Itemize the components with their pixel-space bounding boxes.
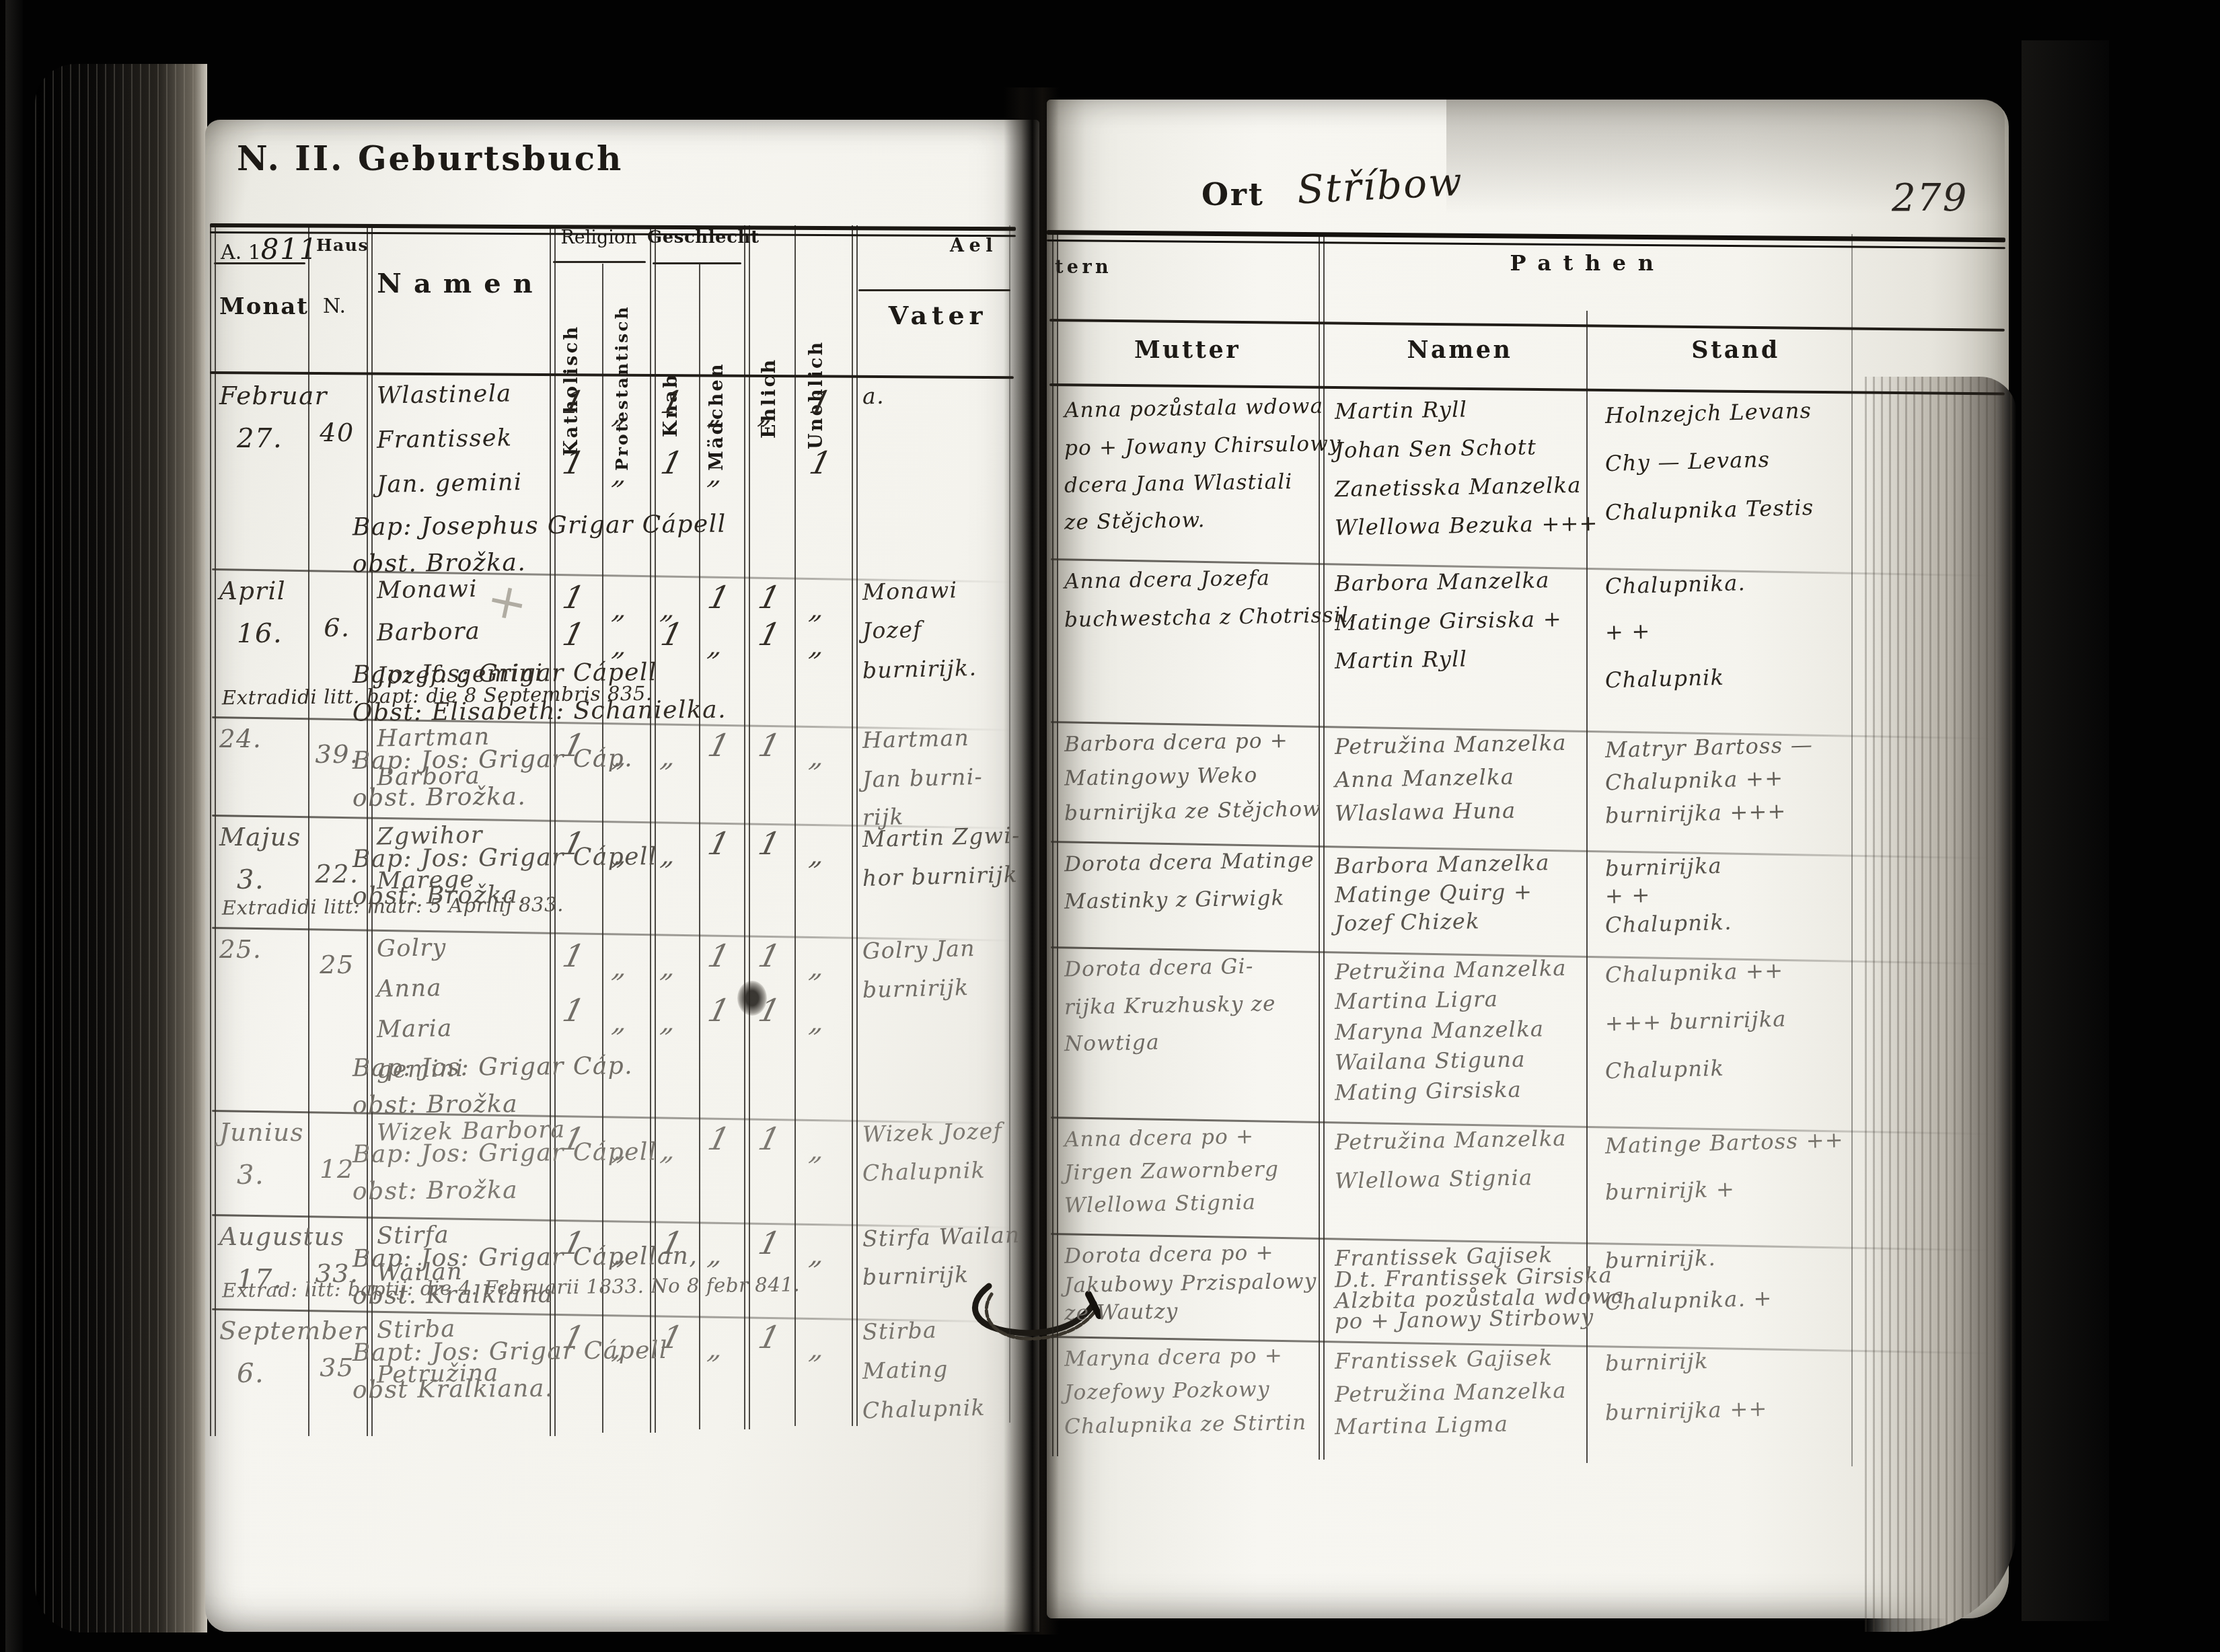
column-line bbox=[210, 225, 211, 1436]
godparent-name: po + Janowy Stirbowy bbox=[1335, 1304, 1594, 1335]
row-haus-number: 25 bbox=[311, 950, 363, 979]
father-entry: burnirijk bbox=[862, 1261, 969, 1290]
ort-place-name: Stříbow bbox=[1296, 159, 1464, 213]
row-child-name: Barbora bbox=[377, 618, 481, 647]
column-header-haus: Haus bbox=[316, 235, 369, 255]
mother-entry: Matingowy Weko bbox=[1064, 763, 1258, 790]
aeltern-heading-left-fragment: Ael bbox=[950, 235, 998, 256]
godparent-stand: burnirijka bbox=[1605, 853, 1723, 882]
mother-entry: Jakubowy Przispalowy bbox=[1064, 1269, 1317, 1298]
godparent-name: Petružina Manzelka bbox=[1335, 1125, 1567, 1155]
row-monat-day: 3. bbox=[237, 864, 264, 895]
godparent-name: Martin Ryll bbox=[1335, 646, 1468, 673]
column-header-haus-n: N. bbox=[311, 295, 358, 318]
godparent-name: Frantissek Gajisek bbox=[1335, 1345, 1553, 1374]
godparent-stand: Chalupnika Testis bbox=[1605, 494, 1814, 525]
row-monat-day: 27. bbox=[237, 423, 283, 454]
father-entry: Chalupnik bbox=[862, 1394, 986, 1424]
column-line bbox=[1052, 234, 1053, 1456]
godparent-name: Wlaslawa Huna bbox=[1335, 798, 1516, 827]
godparent-name: Maryna Manzelka bbox=[1335, 1016, 1545, 1045]
back-cover-edge bbox=[2022, 40, 2109, 1621]
margin-note: Extradidi litt: matr: 5 Aprilij 833. bbox=[222, 893, 564, 919]
row-monat-day: 6. bbox=[237, 1358, 264, 1389]
mother-entry: Dorota dcera Matinge bbox=[1064, 848, 1315, 876]
godparent-stand: burnirijka +++ bbox=[1605, 798, 1787, 828]
column-header-vater: Vater bbox=[865, 300, 1010, 330]
column-line bbox=[215, 225, 216, 1436]
column-header-religion: Religion bbox=[552, 227, 646, 248]
mother-entry: burnirijka ze Stějchow bbox=[1064, 797, 1322, 826]
row-child-name: Anna bbox=[377, 975, 443, 1003]
godparent-stand: burnirijka ++ bbox=[1605, 1396, 1769, 1425]
column-header-unehlich: Unehlich bbox=[806, 268, 827, 449]
column-line bbox=[749, 225, 750, 1429]
mother-entry: Jozefowy Pozkowy bbox=[1064, 1377, 1270, 1404]
mother-entry: Anna dcera Jozefa bbox=[1064, 566, 1271, 593]
mother-entry: Dorota dcera po + bbox=[1064, 1240, 1275, 1268]
baptism-note: Bap: Jos: Grigar Cápell bbox=[353, 1138, 657, 1168]
godparent-name: Zanetisska Manzelka bbox=[1335, 472, 1582, 502]
mother-entry: dcera Jana Wlastiali bbox=[1064, 470, 1293, 498]
baptism-note: Bap: Jos: Grigar Cápell bbox=[353, 843, 657, 873]
father-entry: hor burnirijk bbox=[862, 861, 1019, 891]
godparent-name: Mating Girsiska bbox=[1335, 1077, 1522, 1106]
row-monat: Junius bbox=[219, 1118, 304, 1147]
row-monat-day: 3. bbox=[237, 1160, 264, 1191]
godparent-stand: + + bbox=[1605, 618, 1652, 645]
column-line bbox=[1057, 234, 1058, 1456]
godparent-stand: burnirijk bbox=[1605, 1348, 1709, 1376]
mother-entry: Mastinky z Girwigk bbox=[1064, 886, 1285, 914]
mother-entry: Wlellowa Stignia bbox=[1064, 1191, 1257, 1218]
margin-note: Extradidi litt. bapt: die 8 Septembris 8… bbox=[222, 682, 653, 710]
table-rule bbox=[214, 262, 305, 264]
mother-entry: Dorota dcera Gi- bbox=[1064, 954, 1254, 982]
godparent-stand: burnirijk. bbox=[1605, 1245, 1717, 1273]
column-header-pathen-namen: Namen bbox=[1352, 336, 1567, 364]
row-haus-number: 40 bbox=[311, 418, 363, 447]
godparent-stand: Chy — Levans bbox=[1605, 447, 1771, 476]
column-header-pathen: Pathen bbox=[1332, 250, 1843, 276]
godparent-name: Petružina Manzelka bbox=[1335, 730, 1567, 759]
column-line bbox=[744, 225, 745, 1429]
mother-entry: Anna dcera po + bbox=[1064, 1125, 1255, 1152]
godparent-stand: burnirijk + bbox=[1605, 1176, 1736, 1205]
baptism-note: obst Kralkiana. bbox=[353, 1375, 554, 1404]
row-monat: Augustus bbox=[219, 1222, 345, 1251]
register-title: N. II. Geburtsbuch bbox=[237, 139, 623, 178]
row-monat: 25. bbox=[219, 935, 262, 964]
baptism-note: Bap: Jos: Grigar Cápellan, bbox=[353, 1242, 698, 1273]
baptism-note: obst: Brožka bbox=[353, 1090, 518, 1119]
father-entry: burnirijk bbox=[862, 974, 969, 1003]
godparent-stand: Chalupnika. + bbox=[1605, 1285, 1773, 1315]
row-child-name: Wlastinela bbox=[377, 380, 512, 409]
godparent-stand: Matryr Bartoss — bbox=[1605, 732, 1814, 763]
column-header-mutter: Mutter bbox=[1076, 336, 1298, 364]
baptism-note: obst. Brožka. bbox=[353, 783, 527, 812]
year-cell: A. 1811 bbox=[221, 233, 318, 266]
godparent-name: Jozef Chizek bbox=[1335, 908, 1480, 936]
ort-label: Ort bbox=[1201, 176, 1265, 213]
godparent-stand: + + bbox=[1605, 882, 1652, 909]
row-child-name: Monawi bbox=[377, 576, 478, 605]
row-monat: Majus bbox=[219, 823, 301, 852]
page-number: 279 bbox=[1892, 176, 1968, 220]
mother-entry: Nowtiga bbox=[1064, 1030, 1160, 1056]
godparent-name: Matinge Girsiska + bbox=[1335, 606, 1562, 636]
table-rule bbox=[553, 261, 646, 263]
left-page-edges bbox=[35, 64, 207, 1632]
table-rule bbox=[858, 289, 1010, 291]
godparent-name: Wlellowa Bezuka +++ bbox=[1335, 511, 1598, 541]
godparent-stand: Chalupnika ++ bbox=[1605, 958, 1784, 988]
column-header-namen: Namen bbox=[377, 268, 545, 299]
column-line bbox=[699, 264, 700, 1429]
column-header-protestantisch: Protestantisch bbox=[612, 269, 632, 471]
mother-entry: rijka Kruzhusky ze bbox=[1064, 991, 1276, 1019]
row-haus-number: 6. bbox=[311, 613, 363, 642]
godparent-name: Matinge Quirg + bbox=[1335, 878, 1533, 907]
godparent-name: Johan Sen Schott bbox=[1335, 434, 1537, 463]
godparent-stand: Chalupnika. bbox=[1605, 570, 1746, 599]
column-header-geschlecht: Geschlecht bbox=[647, 227, 744, 248]
baptism-note: Bap: Jos: Grigar Cáp. bbox=[353, 1052, 633, 1082]
mother-entry: Barbora dcera po + bbox=[1064, 728, 1289, 757]
row-monat: April bbox=[219, 576, 286, 605]
father-entry: Monawi bbox=[862, 576, 958, 605]
row-child-name: Golry bbox=[377, 934, 447, 963]
row-monat: 24. bbox=[219, 724, 262, 753]
register-book-scan: + N. II. Geburtsbuch A. 1811 Monat Haus … bbox=[0, 0, 2220, 1652]
mother-entry: ze Stějchow. bbox=[1064, 508, 1206, 535]
godparent-name: Barbora Manzelka bbox=[1335, 567, 1550, 597]
godparent-name: Martina Ligra bbox=[1335, 986, 1499, 1014]
row-child-name: Jan. gemini bbox=[377, 469, 523, 498]
mother-entry: ze Wautzy bbox=[1064, 1300, 1179, 1326]
baptism-note: Bap: Josephus Grigar Cápell bbox=[353, 511, 727, 541]
father-entry: Wizek Jozef bbox=[862, 1117, 1003, 1147]
baptism-note: Bap: Jos: Grigar Cáp. bbox=[353, 745, 633, 775]
godparent-name: Barbora Manzelka bbox=[1335, 850, 1550, 879]
godparent-stand: +++ burnirijka bbox=[1605, 1006, 1787, 1036]
table-rule bbox=[653, 262, 741, 264]
father-entry: Hartman bbox=[862, 724, 970, 753]
father-entry: Martin Zgwi- bbox=[862, 822, 1021, 852]
row-monat-day: 16. bbox=[237, 618, 283, 649]
father-entry: Stirfa Wailan bbox=[862, 1222, 1021, 1252]
godparent-stand: Holnzejch Levans bbox=[1605, 398, 1812, 428]
right-page-edges bbox=[1865, 377, 2017, 1632]
mother-entry: Maryna dcera po + bbox=[1064, 1343, 1284, 1372]
godparent-name: Wlellowa Stignia bbox=[1335, 1164, 1533, 1193]
mother-entry: Jirgen Zawornberg bbox=[1064, 1157, 1280, 1185]
baptism-note: Bapt: Jos: Grigar Cápell bbox=[353, 1337, 668, 1367]
father-entry: Stirba bbox=[862, 1317, 938, 1345]
godparent-stand: Chalupnika ++ bbox=[1605, 765, 1784, 796]
scanner-edge bbox=[5, 0, 23, 1652]
mother-entry: Chalupnika ze Stirtin bbox=[1064, 1411, 1307, 1439]
father-entry: Chalupnik bbox=[862, 1157, 986, 1187]
mother-entry: buchwestcha z Chotrissil. bbox=[1064, 603, 1357, 632]
godparent-stand: Chalupnik bbox=[1605, 665, 1725, 693]
mother-entry: po + Jowany Chirsulowy bbox=[1064, 431, 1341, 460]
father-entry: burnirijk. bbox=[862, 654, 977, 683]
column-header-katholisch: Katholisch bbox=[561, 288, 582, 456]
row-child-name: Frantissek bbox=[377, 424, 513, 454]
column-header-pathen-stand: Stand bbox=[1628, 336, 1843, 364]
godparent-stand: Chalupnik. bbox=[1605, 909, 1733, 938]
father-entry: Jan burni- bbox=[862, 763, 984, 793]
row-child-name: Maria bbox=[377, 1015, 453, 1043]
godparent-name: Petružina Manzelka bbox=[1335, 955, 1567, 985]
father-entry: Jozef bbox=[862, 616, 923, 644]
godparent-name: Martina Ligma bbox=[1335, 1411, 1509, 1439]
godparent-name: Anna Manzelka bbox=[1335, 764, 1515, 793]
year-handwritten: 811 bbox=[261, 233, 318, 266]
father-entry: Golry Jan bbox=[862, 935, 976, 964]
baptism-note: obst: Brožka bbox=[353, 1176, 518, 1205]
godparent-name: Petružina Manzelka bbox=[1335, 1378, 1567, 1407]
mother-entry: Anna pozůstala wdowa bbox=[1064, 394, 1324, 423]
father-entry: Mating bbox=[862, 1355, 949, 1384]
father-entry: a. bbox=[862, 383, 885, 410]
column-header-monat: Monat bbox=[219, 293, 303, 320]
row-monat: Februar bbox=[219, 381, 328, 410]
baptism-note: obst. Brožka. bbox=[353, 549, 527, 578]
row-monat: September bbox=[219, 1316, 367, 1345]
godparent-name: Martin Ryll bbox=[1335, 396, 1468, 424]
godparent-stand: Chalupnik bbox=[1605, 1055, 1725, 1084]
year-printed: A. 1 bbox=[221, 241, 261, 264]
aeltern-heading-right-fragment: tern bbox=[1055, 257, 1112, 278]
column-line bbox=[1851, 234, 1853, 1466]
godparent-name: Wailana Stiguna bbox=[1335, 1047, 1526, 1076]
